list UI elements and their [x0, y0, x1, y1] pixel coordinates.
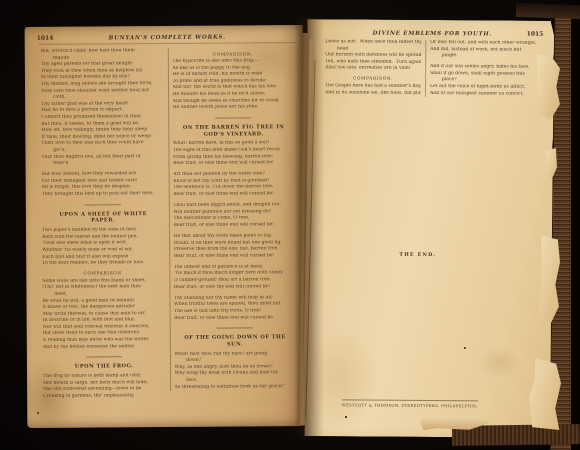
left-page-column-2: COMPARISON.The hypocrite is like unto th… [167, 47, 300, 391]
imprint-wrap: WESTCOTT & THOMSON, STEREOTYPERS, PHILAD… [305, 391, 515, 411]
right-page: DIVINE EMBLEMS FOR YOUTH. 1015 Leave us … [305, 19, 560, 438]
verse-line: And in its sunshine we, like fools, did … [325, 90, 421, 97]
verse-line: Alas! too late; entreaties are in vain! [325, 66, 421, 73]
poem-title: OF THE GOING DOWN OF THE SUN. [179, 334, 291, 348]
right-running-head: DIVINE EMBLEMS FOR YOUTH. [347, 30, 517, 37]
poem-title: ON THE BARREN FIG TREE IN GOD'S VINEYARD… [178, 124, 290, 138]
cover-edge-dark [571, 0, 580, 450]
verse-line: And of our misspent summer us convict. [430, 91, 537, 98]
right-page-number: 1015 [517, 31, 543, 38]
cover-bottom-edge [452, 424, 580, 446]
verse-line: Bear fruit, or else thine end will curse… [174, 315, 296, 322]
poem-title: UPON THE FROG. [48, 363, 161, 371]
verse-line: The sight of this doth make God's heart … [173, 147, 295, 154]
right-page-columns: Leave us not! When once thou hidest thy … [321, 39, 543, 98]
right-page-column-1: Leave us not! When once thou hidest thy … [321, 39, 425, 97]
verse-line: A reading man may know who was the write… [43, 337, 166, 344]
paper-speck [37, 412, 39, 414]
verse-line: Croaking in gardens, tho' unpleasantly. [43, 393, 166, 400]
paper-speck [464, 347, 466, 349]
left-page-number: 1014 [37, 35, 63, 42]
verse-line: And by the hellish nonsense the inditer. [43, 344, 166, 351]
right-page-header: DIVINE EMBLEMS FOR YOUTH. 1015 [321, 29, 543, 38]
verse-line: To the next readers, be they friends or … [42, 260, 165, 267]
comparison-heading: COMPARISON. [172, 51, 294, 57]
left-page-column-1: But, wretch'd child! how hast thou them … [37, 48, 170, 400]
book-photo: 1014 BUNYAN'S COMPLETE WORKS. But, wretc… [0, 0, 580, 450]
section-divider-rule [217, 327, 253, 328]
comparison-heading: COMPARISON. [325, 76, 421, 82]
header-rule [39, 42, 296, 45]
comparison-heading: COMPARISON. [42, 270, 165, 276]
poem-title: UPON A SHEET OF WHITE PAPER. [47, 211, 160, 225]
verse-line: As threatening to withdraw from us thy g… [175, 384, 297, 391]
paper-speck [345, 416, 347, 418]
verse-line: He neither loveth Jesus nor his yoke. [173, 104, 295, 111]
section-divider-rule [85, 204, 121, 205]
left-page: 1014 BUNYAN'S COMPLETE WORKS. But, wretc… [25, 25, 306, 428]
left-page-columns: But, wretch'd child! how hast thou them … [37, 47, 300, 400]
left-running-head: BUNYAN'S COMPLETE WORKS. [63, 34, 272, 41]
printer-imprint: WESTCOTT & THOMSON, STEREOTYPERS, PHILAD… [342, 399, 478, 408]
section-divider-rule [215, 117, 251, 118]
section-divider-rule [86, 357, 122, 358]
right-page-column-2: Or else fell out, and with each other wr… [425, 40, 541, 98]
verse-line: They brought this bird up to pick out th… [42, 191, 165, 198]
left-page-header: 1014 BUNYAN'S COMPLETE WORKS. [37, 33, 298, 42]
cover-top-edge [516, 3, 580, 19]
